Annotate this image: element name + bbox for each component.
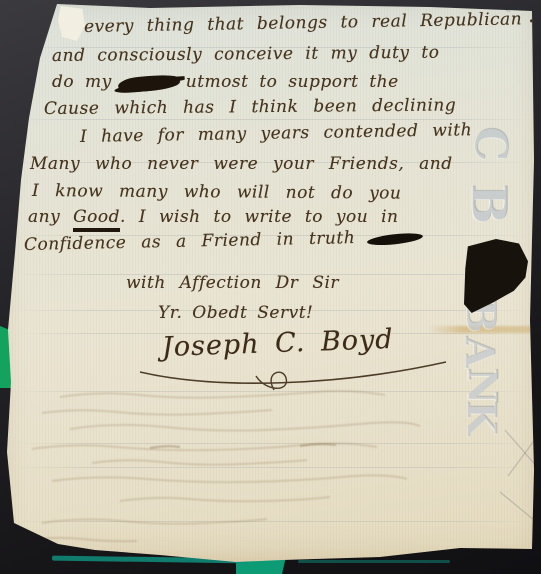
letter-line-4: Cause which has I think been declining bbox=[44, 95, 456, 119]
letter-line-6: Many who never were your Friends, and bbox=[30, 154, 453, 174]
letter-line-2: and consciously conceive it my duty to bbox=[52, 43, 440, 66]
photograph-of-letter: C B B A N K bbox=[0, 0, 541, 574]
letter-line-3-text-a: do my bbox=[52, 72, 112, 92]
ink-blot-dash bbox=[367, 231, 424, 247]
teal-edge-strip-2 bbox=[298, 560, 450, 563]
letter-line-3-text-b: utmost to support the bbox=[186, 72, 399, 92]
letter-line-8-text-a: any bbox=[28, 207, 73, 227]
letter-paper: C B B A N K bbox=[0, 0, 541, 574]
ink-blot-redaction bbox=[117, 73, 180, 93]
letter-line-7: I know many who will not do you bbox=[32, 181, 402, 204]
signature-flourish bbox=[128, 356, 458, 402]
ink-trailing-dash bbox=[530, 16, 541, 22]
underlined-word-good: Good bbox=[73, 207, 120, 232]
closing-line-obedient-servant: Yr. Obedt Servt! bbox=[158, 303, 313, 323]
letter-line-8: any Good. I wish to write to you in bbox=[28, 207, 398, 227]
letter-line-3: do myutmost to support the bbox=[52, 72, 399, 92]
letter-line-8-text-c: . I wish to write to you in bbox=[120, 207, 398, 227]
closing-line-affection: with Affection Dr Sir bbox=[126, 273, 339, 293]
